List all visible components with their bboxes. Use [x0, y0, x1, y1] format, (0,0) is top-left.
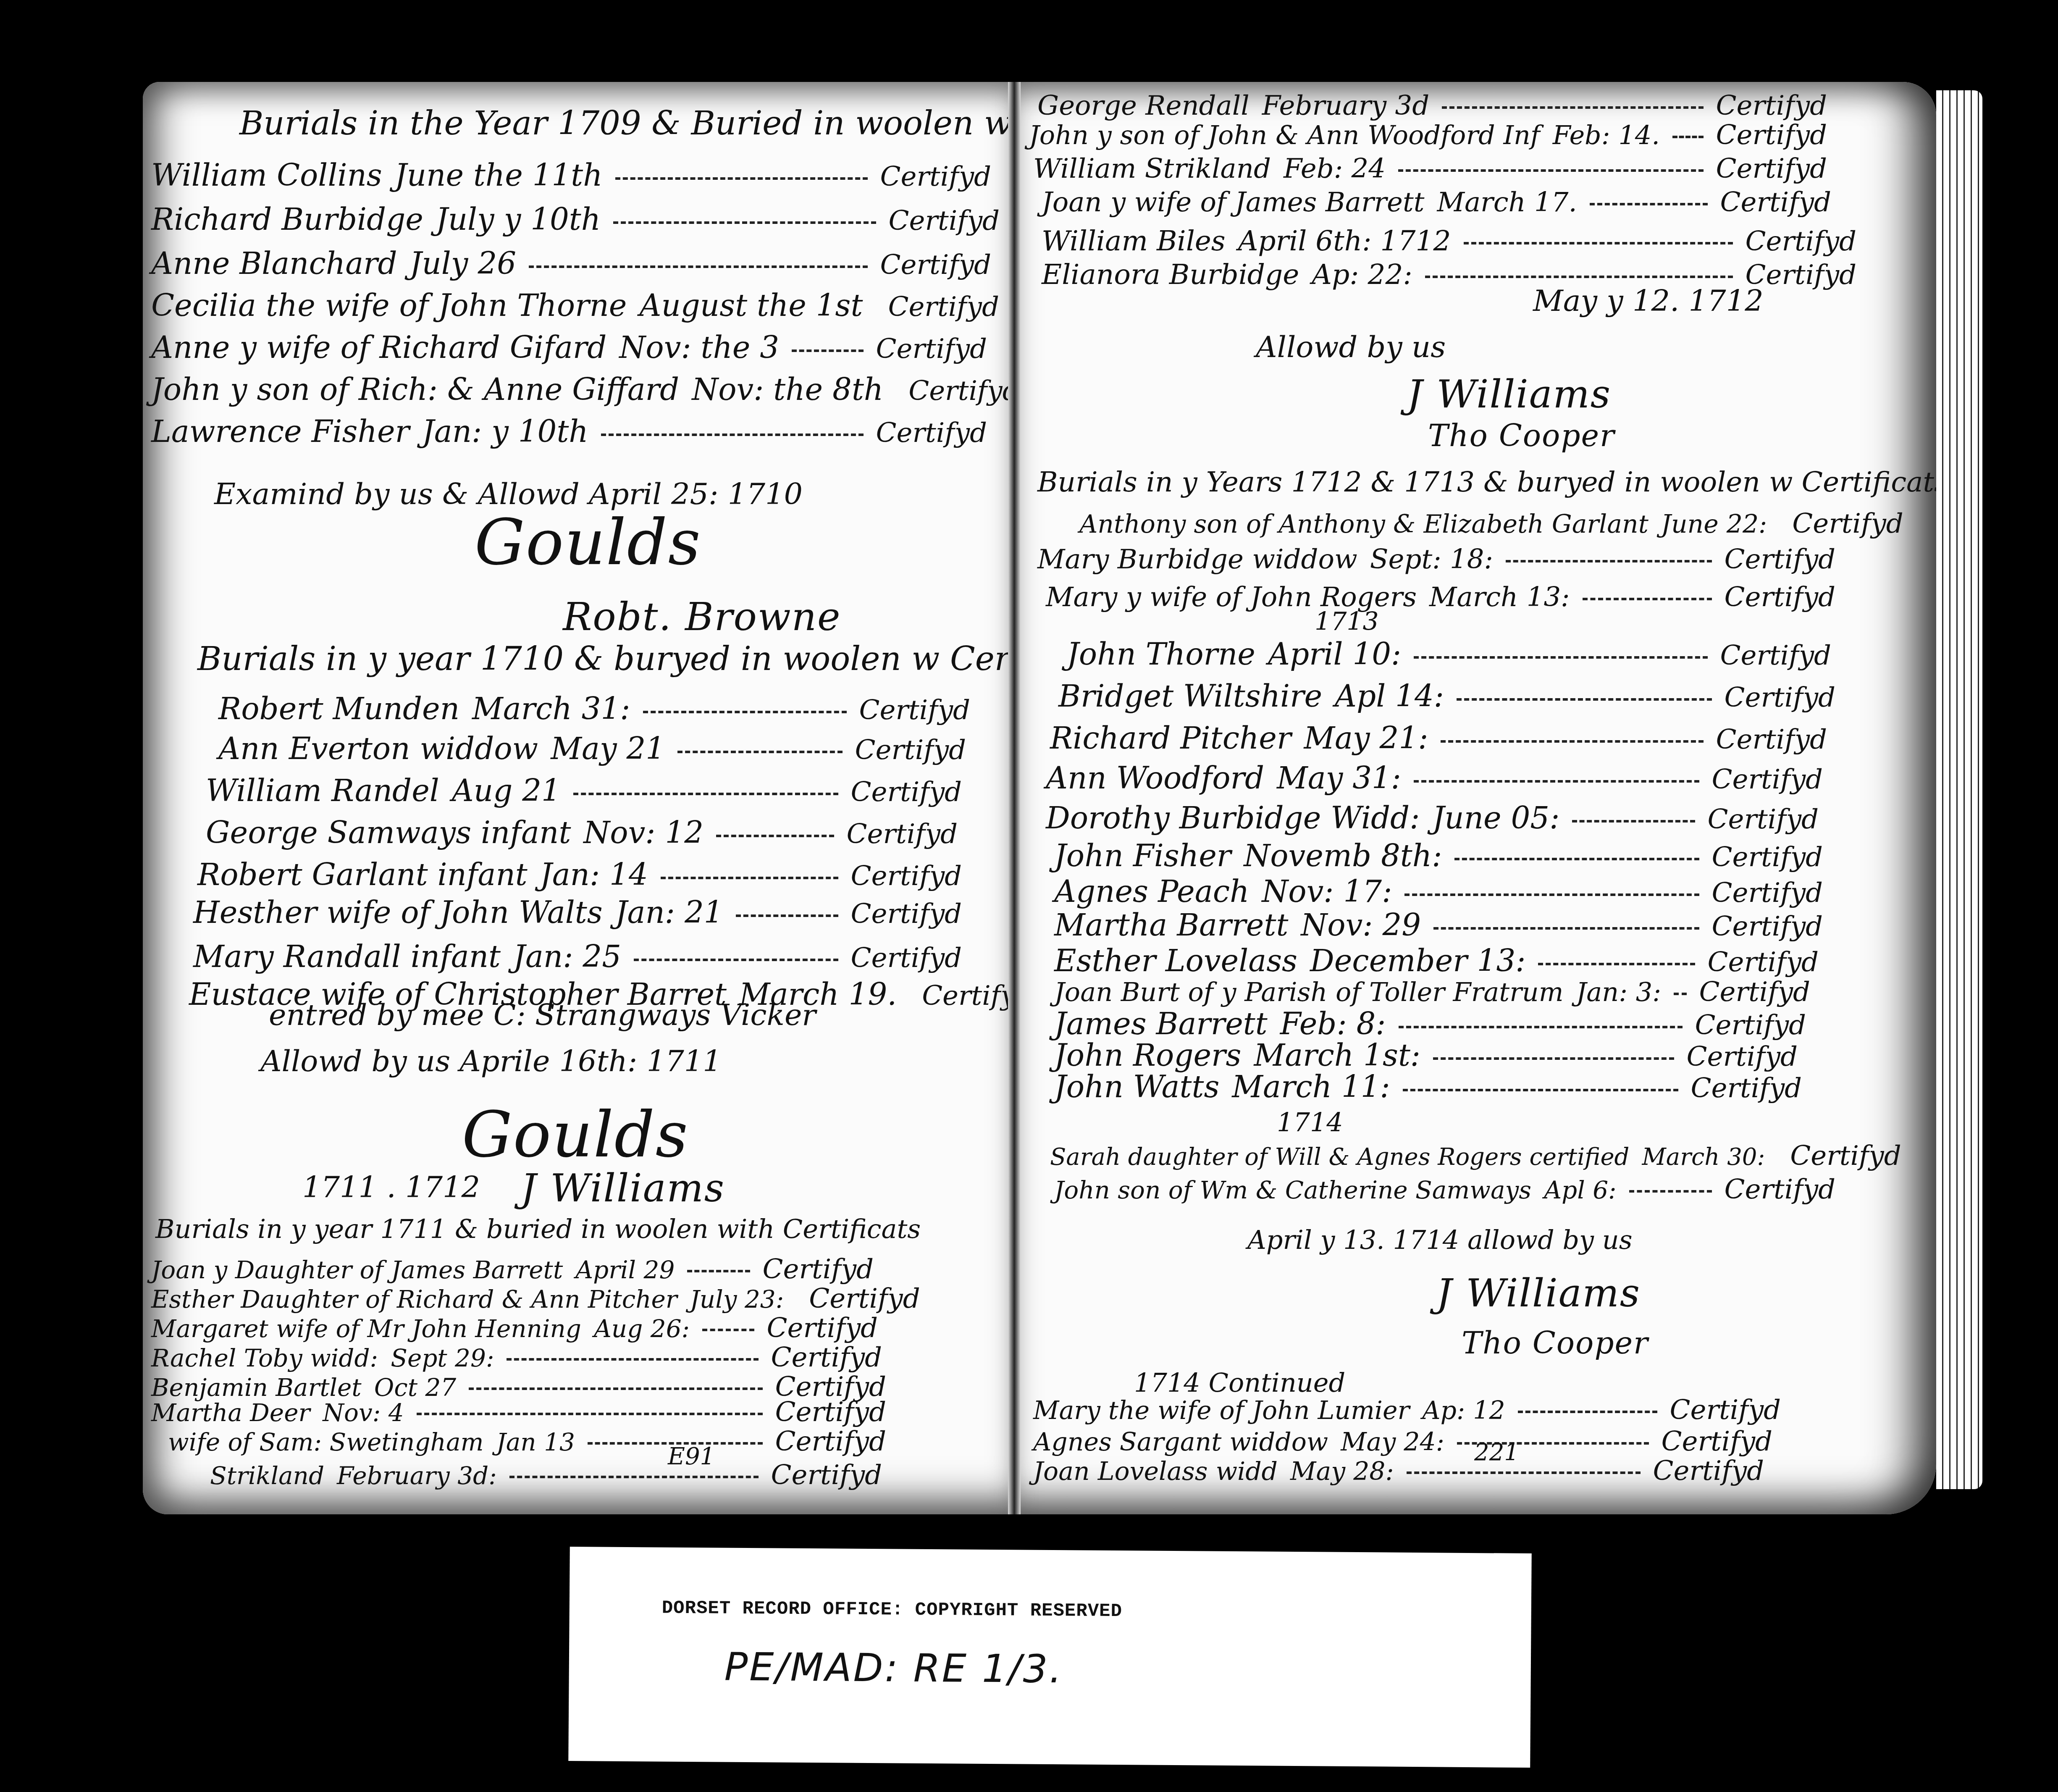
- leader-dashes: [509, 1476, 759, 1478]
- book-gutter: [1008, 82, 1021, 1514]
- burial-entry: John Fisher Novemb 8th: Certifyd: [1054, 838, 1823, 873]
- certified-mark: Certifyd: [1725, 682, 1835, 713]
- burial-entry: Lawrence Fisher Jan: y 10th Certifyd: [151, 414, 987, 449]
- leader-dashes: [661, 877, 838, 879]
- leader-dashes: [573, 793, 838, 795]
- burial-entry: Mary the wife of John Lumier Ap: 12 Cert…: [1033, 1395, 1781, 1426]
- certified-mark: Certifyd: [1695, 1010, 1806, 1041]
- burial-entry: Mary y wife of John Rogers March 13: Cer…: [1046, 582, 1835, 613]
- leader-dashes: [1441, 740, 1703, 743]
- leader-dashes: [529, 265, 868, 268]
- burial-entry: John son of Wm & Catherine Samways Apl 6…: [1054, 1174, 1835, 1205]
- certified-mark: Certifyd: [1708, 947, 1819, 978]
- leader-dashes: [507, 1358, 758, 1361]
- heading-1709: Burials in the Year 1709 & Buried in woo…: [239, 107, 1008, 140]
- burial-entry: Anthony son of Anthony & Elizabeth Garla…: [1079, 508, 1877, 539]
- burial-entry: Anne Blanchard July 26 Certifyd: [151, 246, 991, 281]
- certified-mark: Certifyd: [851, 861, 962, 892]
- certified-mark: Certifyd: [851, 899, 962, 930]
- certified-mark: Certifyd: [1716, 90, 1827, 121]
- burial-entry: Rachel Toby widd: Sept 29: Certifyd: [151, 1342, 882, 1373]
- signature-browne: Robt. Browne: [563, 594, 841, 639]
- burial-entry: Mary Randall infant Jan: 25 Certifyd: [193, 939, 962, 974]
- certified-mark: Certifyd: [888, 292, 999, 323]
- burial-entry: George Samways infant Nov: 12 Certifyd: [206, 815, 958, 850]
- leader-dashes: [1414, 780, 1699, 783]
- leader-dashes: [469, 1387, 762, 1390]
- certified-mark: Certifyd: [771, 1342, 882, 1373]
- burial-entry: John Rogers March 1st: Certifyd: [1054, 1038, 1798, 1073]
- allowed-note: April y 13. 1714 allowd by us: [1247, 1224, 1633, 1255]
- certified-mark: Certifyd: [1725, 1174, 1835, 1205]
- leader-dashes: [1398, 169, 1704, 172]
- certified-mark: Certifyd: [847, 819, 958, 850]
- burial-entry: Sarah daughter of Will & Agnes Rogers ce…: [1050, 1140, 1840, 1172]
- leader-dashes: [1590, 203, 1708, 205]
- leader-dashes: [1442, 106, 1703, 109]
- leader-dashes: [792, 349, 863, 352]
- margin-mark: E91: [668, 1443, 715, 1470]
- burial-entry: John Thorne April 10: Certifyd: [1067, 636, 1831, 672]
- certified-mark: Certifyd: [908, 376, 1008, 407]
- burial-entry: James Barrett Feb: 8: Certifyd: [1054, 1006, 1806, 1041]
- certified-mark: Certifyd: [1720, 187, 1831, 218]
- certified-mark: Certifyd: [763, 1254, 874, 1285]
- leader-dashes: [1506, 560, 1712, 562]
- burial-entry: Strikland February 3d: Certifyd: [210, 1460, 882, 1491]
- allowed-note: Allowd by us Aprile 16th: 1711: [260, 1044, 722, 1078]
- leader-dashes: [417, 1413, 763, 1415]
- copyright-notice: DORSET RECORD OFFICE: COPYRIGHT RESERVED: [662, 1598, 1122, 1622]
- burial-entry: Richard Pitcher May 21: Certifyd: [1050, 720, 1827, 756]
- signature-goulds: Goulds: [475, 506, 701, 579]
- leader-dashes: [1538, 963, 1695, 965]
- date-note: May y 12. 1712: [1533, 284, 1764, 318]
- burial-entry: Hesther wife of John Walts Jan: 21 Certi…: [193, 895, 962, 930]
- heading-1712: Burials in y Years 1712 & 1713 & buryed …: [1037, 468, 1936, 496]
- certified-mark: Certifyd: [1662, 1426, 1772, 1457]
- certified-mark: Certifyd: [1712, 878, 1823, 909]
- certified-mark: Certifyd: [1670, 1395, 1781, 1426]
- year-range: 1711 . 1712: [302, 1170, 480, 1204]
- certified-mark: Certifyd: [771, 1460, 882, 1491]
- archive-label-card: DORSET RECORD OFFICE: COPYRIGHT RESERVED…: [568, 1547, 1532, 1768]
- signature-cooper: Tho Cooper: [1428, 418, 1615, 453]
- leader-dashes: [1433, 1057, 1674, 1060]
- certified-mark: Certifyd: [1712, 842, 1823, 873]
- certified-mark: Certifyd: [1712, 764, 1823, 795]
- leader-dashes: [1407, 1471, 1641, 1474]
- burial-entry: Robert Garlant infant Jan: 14 Certifyd: [197, 857, 962, 892]
- burial-entry: Margaret wife of Mr John Henning Aug 26:…: [151, 1313, 878, 1344]
- burial-entry: George Rendall February 3d Certifyd: [1037, 90, 1827, 121]
- burial-entry: Esther Lovelass December 13: Certifyd: [1054, 943, 1819, 978]
- page-edges: [1936, 90, 1982, 1489]
- certified-mark: Certifyd: [1716, 724, 1827, 755]
- burial-entry: William Biles April 6th: 1712 Certifyd: [1042, 225, 1856, 257]
- certified-mark: Certifyd: [1716, 120, 1827, 151]
- leader-dashes: [1572, 820, 1695, 822]
- leader-dashes: [1399, 1026, 1683, 1028]
- heading-1711: Burials in y year 1711 & buried in woole…: [155, 1216, 921, 1242]
- burial-entry: Agnes Peach Nov: 17: Certifyd: [1054, 874, 1823, 909]
- leader-dashes: [1425, 276, 1733, 278]
- leader-dashes: [1457, 698, 1712, 701]
- entered-by-note: entred by mee C: Strangways Vicker: [269, 998, 816, 1032]
- leader-dashes: [736, 914, 838, 917]
- leader-dashes: [1404, 893, 1699, 896]
- leader-dashes: [1518, 1411, 1657, 1413]
- burial-entry: Joan Burt of y Parish of Toller Fratrum …: [1054, 977, 1810, 1008]
- leader-dashes: [687, 1270, 750, 1272]
- burial-entry: Bridget Wiltshire Apl 14: Certifyd: [1058, 678, 1835, 714]
- certified-mark: Certifyd: [1691, 1073, 1802, 1104]
- burial-entry: William Randel Aug 21 Certifyd: [206, 773, 962, 808]
- leader-dashes: [615, 177, 868, 180]
- leader-dashes: [1403, 1089, 1678, 1091]
- burial-entry: Cecilia the wife of John Thorne August t…: [151, 288, 987, 323]
- burial-entry: John Watts March 11: Certifyd: [1054, 1069, 1802, 1104]
- leader-dashes: [601, 434, 864, 436]
- leader-dashes: [1674, 993, 1686, 995]
- leader-dashes: [716, 835, 834, 837]
- heading-1714-continued: 1714 Continued: [1134, 1367, 1345, 1398]
- burial-entry: Ann Woodford May 31: Certifyd: [1046, 760, 1823, 796]
- leader-dashes: [634, 959, 838, 961]
- burial-entry: Martha Deer Nov: 4 Certifyd: [151, 1397, 886, 1428]
- certified-mark: Certifyd: [851, 943, 962, 974]
- heading-1710: Burials in y year 1710 & buryed in woole…: [197, 643, 1008, 675]
- burial-entry: Esther Daughter of Richard & Ann Pitcher…: [151, 1283, 878, 1314]
- certified-mark: Certifyd: [859, 695, 970, 726]
- burial-entry: Martha Barrett Nov: 29 Certifyd: [1054, 907, 1823, 943]
- leader-dashes: [1464, 242, 1733, 244]
- burial-entry: Richard Burbidge July y 10th Certifyd: [151, 202, 1000, 237]
- certified-mark: Certifyd: [1790, 1140, 1901, 1172]
- year-1713: 1713: [1315, 607, 1379, 636]
- certified-mark: Certifyd: [876, 418, 987, 449]
- certified-mark: Certifyd: [1725, 544, 1835, 575]
- leader-dashes: [702, 1329, 754, 1331]
- certified-mark: Certifyd: [1708, 804, 1819, 835]
- certified-mark: Certifyd: [876, 334, 987, 365]
- burial-entry: Agnes Sargant widdow May 24: Certifyd: [1033, 1426, 1772, 1457]
- burial-entry: William Strikland Feb: 24 Certifyd: [1033, 153, 1827, 184]
- burial-entry: Ann Everton widdow May 21 Certifyd: [218, 731, 966, 766]
- certified-mark: Certifyd: [855, 735, 966, 766]
- certified-mark: Certifyd: [1746, 226, 1856, 257]
- allowed-note: Allowd by us: [1256, 330, 1446, 364]
- certified-mark: Certifyd: [767, 1313, 878, 1344]
- leader-dashes: [643, 711, 847, 713]
- signature-williams: J Williams: [521, 1166, 725, 1211]
- certified-mark: Certifyd: [1653, 1456, 1764, 1487]
- certified-mark: Certifyd: [1720, 640, 1831, 671]
- burial-entry: John y son of Rich: & Anne Giffard Nov: …: [151, 372, 979, 407]
- leader-dashes: [1433, 927, 1699, 930]
- certified-mark: Certifyd: [1687, 1041, 1798, 1072]
- burial-entry: Joan Lovelass widd May 28: Certifyd: [1033, 1456, 1764, 1487]
- burial-entry: wife of Sam: Swetingham Jan 13 Certifyd: [168, 1426, 886, 1457]
- burial-entry: Robert Munden March 31: Certifyd: [218, 691, 970, 726]
- burial-entry: William Collins June the 11th Certifyd: [151, 158, 991, 193]
- burial-entry: Joan y Daughter of James Barrett April 2…: [151, 1254, 874, 1285]
- right-page: George Rendall February 3d Certifyd John…: [1021, 82, 1936, 1514]
- certified-mark: Certifyd: [889, 205, 1000, 236]
- certified-mark: Certifyd: [922, 980, 1008, 1012]
- leader-dashes: [1454, 858, 1699, 860]
- certified-mark: Certifyd: [1716, 153, 1827, 184]
- signature-williams: J Williams: [1436, 1271, 1641, 1316]
- leader-dashes: [1583, 598, 1712, 600]
- leader-dashes: [1672, 136, 1704, 138]
- leader-dashes: [613, 221, 876, 224]
- leader-dashes: [1629, 1190, 1712, 1193]
- margin-mark: 221: [1474, 1439, 1519, 1466]
- signature-cooper: Tho Cooper: [1462, 1325, 1649, 1361]
- certified-mark: Certifyd: [809, 1283, 920, 1314]
- reference-number: PE/MAD: RE 1/3.: [724, 1645, 1063, 1692]
- signature-williams: J Williams: [1407, 372, 1611, 417]
- burial-entry: Joan y wife of James Barrett March 17. C…: [1042, 187, 1831, 218]
- certified-mark: Certifyd: [880, 161, 991, 192]
- certified-mark: Certifyd: [1712, 911, 1823, 942]
- certified-mark: Certifyd: [775, 1426, 886, 1457]
- burial-entry: Anne y wife of Richard Gifard Nov: the 3…: [151, 330, 987, 365]
- certified-mark: Certifyd: [1699, 977, 1810, 1008]
- burial-entry: Dorothy Burbidge Widd: June 05: Certifyd: [1046, 800, 1819, 836]
- leader-dashes: [1414, 656, 1707, 659]
- certified-mark: Certifyd: [775, 1397, 886, 1428]
- burial-entry: Mary Burbidge widdow Sept: 18: Certifyd: [1037, 544, 1835, 575]
- certified-mark: Certifyd: [851, 777, 962, 808]
- parish-register-book: Burials in the Year 1709 & Buried in woo…: [143, 82, 1966, 1514]
- year-1714: 1714: [1277, 1107, 1343, 1138]
- burial-entry: John y son of John & Ann Woodford Inf Fe…: [1029, 120, 1827, 151]
- certified-mark: Certifyd: [880, 250, 991, 281]
- certified-mark: Certifyd: [1725, 582, 1835, 613]
- left-page: Burials in the Year 1709 & Buried in woo…: [143, 82, 1008, 1514]
- signature-goulds: Goulds: [462, 1098, 689, 1172]
- leader-dashes: [677, 751, 842, 753]
- certified-mark: Certifyd: [1792, 508, 1903, 539]
